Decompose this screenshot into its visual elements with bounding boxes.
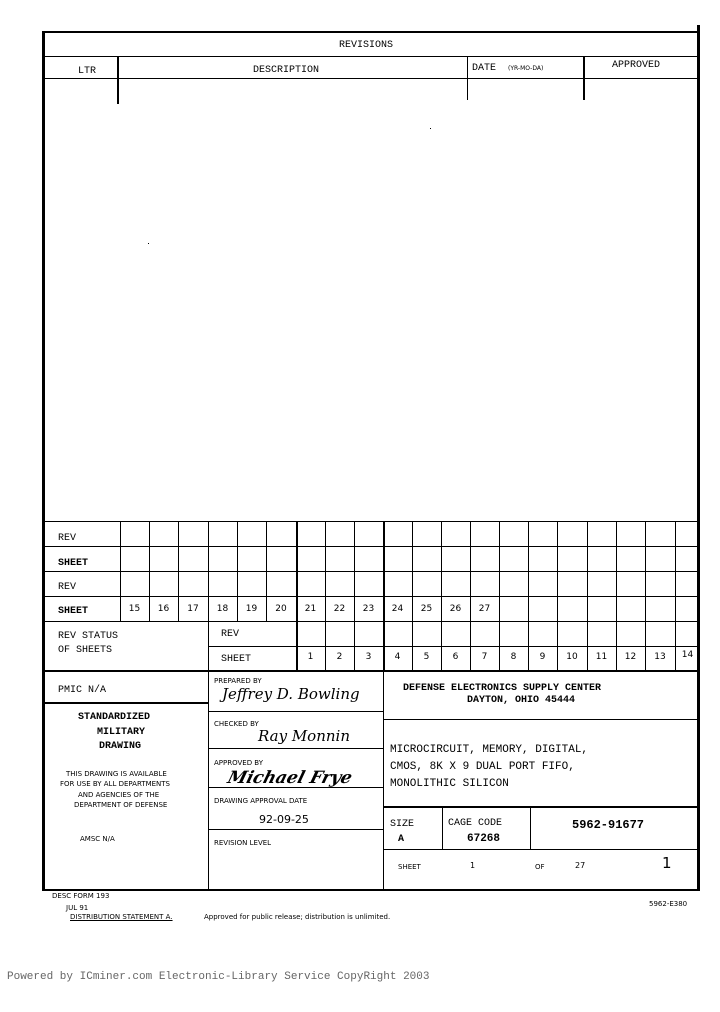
drawing-title-line-1: MICROCIRCUIT, MEMORY, DIGITAL, — [390, 745, 588, 756]
sheet-label: SHEET — [398, 864, 421, 871]
status-sheet-label: SHEET — [221, 655, 251, 665]
sheet-number: 10 — [557, 652, 587, 662]
of-sheets-label: OF SHEETS — [58, 646, 112, 656]
page-mark: 1 — [662, 856, 672, 871]
sheet-value: 1 — [470, 862, 475, 870]
revisions-title: REVISIONS — [339, 41, 393, 51]
approved-by-label: APPROVED BY — [214, 760, 263, 767]
size-label: SIZE — [390, 820, 414, 830]
distribution-statement-label: DISTRIBUTION STATEMENT A. — [70, 914, 173, 921]
total-sheets: 27 — [575, 862, 585, 870]
drawing-title-line-3: MONOLITHIC SILICON — [390, 779, 509, 790]
sheet-number: 19 — [237, 604, 266, 614]
amsc-label: AMSC N/A — [80, 836, 115, 843]
sheet-number: 24 — [383, 604, 412, 614]
date-column-header: DATE — [472, 64, 496, 74]
approval-date-value: 92-09-25 — [259, 814, 309, 825]
sheet-number: 27 — [470, 604, 499, 614]
military-label: MILITARY — [97, 728, 145, 738]
sheet-number: 4 — [383, 652, 412, 662]
grid-row-label-sheet-1: SHEET — [58, 559, 88, 569]
form-date: JUL 91 — [66, 905, 88, 912]
ltr-column-header: LTR — [78, 67, 96, 77]
grid-row-label-rev-2: REV — [58, 583, 76, 593]
sheet-number: 7 — [470, 652, 499, 662]
rev-status-label: REV STATUS — [58, 632, 118, 642]
checked-by-label: CHECKED BY — [214, 721, 259, 728]
sheet-number: 25 — [412, 604, 441, 614]
grid-row-label-sheet-2: SHEET — [58, 607, 88, 617]
sheet-number: 17 — [178, 604, 208, 614]
date-format-hint: (YR-MO-DA) — [508, 66, 543, 72]
size-value: A — [398, 835, 404, 845]
availability-line-2: FOR USE BY ALL DEPARTMENTS — [60, 781, 170, 788]
prepared-by-label: PREPARED BY — [214, 678, 262, 685]
sheet-number: 8 — [499, 652, 528, 662]
document-code: 5962-E380 — [649, 901, 687, 908]
approved-column-header: APPROVED — [612, 61, 660, 71]
description-column-header: DESCRIPTION — [253, 66, 319, 76]
checked-by-signature: Ray Monnin — [258, 727, 350, 745]
sheet-number: 6 — [441, 652, 470, 662]
distribution-statement-text: Approved for public release; distributio… — [204, 914, 390, 921]
agency-name: DEFENSE ELECTRONICS SUPPLY CENTER — [403, 684, 601, 694]
agency-address: DAYTON, OHIO 45444 — [467, 696, 575, 706]
grid-row-label-rev-1: REV — [58, 534, 76, 544]
sheet-number: 20 — [266, 604, 296, 614]
of-label: OF — [535, 864, 545, 871]
status-rev-label: REV — [221, 630, 239, 640]
cage-code-label: CAGE CODE — [448, 819, 502, 829]
sheet-number: 16 — [149, 604, 178, 614]
sheet-number: 2 — [325, 652, 354, 662]
sheet-number: 22 — [325, 604, 354, 614]
availability-line-4: DEPARTMENT OF DEFENSE — [74, 802, 167, 809]
cage-code-value: 67268 — [467, 834, 500, 845]
sheet-number: 5 — [412, 652, 441, 662]
availability-line-1: THIS DRAWING IS AVAILABLE — [66, 771, 167, 778]
drawing-title-line-2: CMOS, 8K X 9 DUAL PORT FIFO, — [390, 762, 575, 773]
sheet-number: 18 — [208, 604, 237, 614]
drawing-number: 5962-91677 — [572, 819, 644, 831]
approved-by-signature: Michael Frye — [225, 768, 354, 788]
prepared-by-signature: Jeffrey D. Bowling — [222, 685, 360, 703]
approval-date-label: DRAWING APPROVAL DATE — [214, 798, 307, 805]
sheet-number: 14 — [675, 650, 700, 660]
sheet-number: 13 — [645, 652, 675, 662]
sheet-number: 3 — [354, 652, 383, 662]
sheet-number: 11 — [587, 652, 616, 662]
sheet-number: 23 — [354, 604, 383, 614]
sheet-number: 26 — [441, 604, 470, 614]
sheet-number: 9 — [528, 652, 557, 662]
pmic-label: PMIC N/A — [58, 686, 106, 696]
powered-by-watermark: Powered by ICminer.com Electronic-Librar… — [7, 972, 429, 983]
revision-level-label: REVISION LEVEL — [214, 840, 271, 847]
sheet-number: 1 — [296, 652, 325, 662]
drawing-label: DRAWING — [99, 742, 141, 752]
availability-line-3: AND AGENCIES OF THE — [78, 792, 159, 799]
sheet-number: 21 — [296, 604, 325, 614]
sheet-number: 15 — [120, 604, 149, 614]
sheet-number: 12 — [616, 652, 645, 662]
form-number: DESC FORM 193 — [52, 893, 109, 900]
standardized-label: STANDARDIZED — [78, 713, 150, 723]
